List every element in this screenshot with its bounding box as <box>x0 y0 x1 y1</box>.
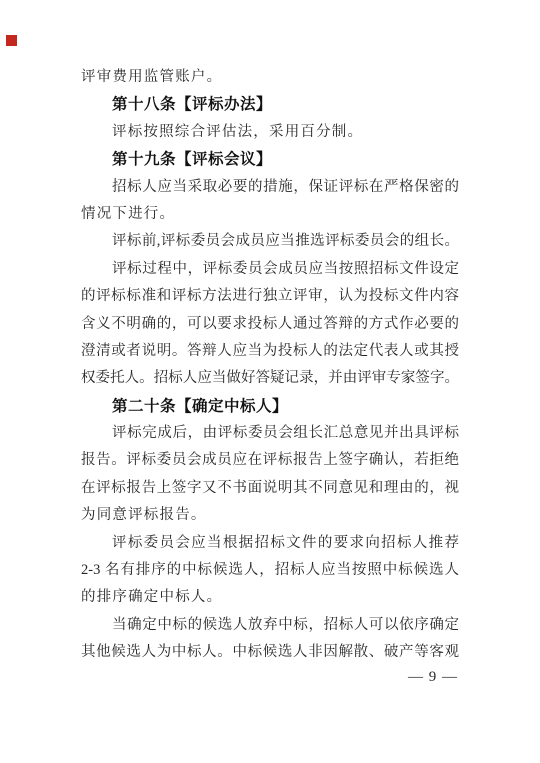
text-line: 情况下进行。 <box>81 201 459 228</box>
section-heading: 第十九条【评标会议】 <box>81 146 459 173</box>
text-line: 评审费用监管账户。 <box>81 64 459 91</box>
text-line: 在评标报告上签字又不书面说明其不同意见和理由的，视 <box>81 475 459 502</box>
section-heading: 第十八条【评标办法】 <box>81 91 459 118</box>
text-line: 澄清或者说明。答辩人应当为投标人的法定代表人或其授 <box>81 338 459 365</box>
document-text-block: 评审费用监管账户。 第十八条【评标办法】 评标按照综合评估法，采用百分制。 第十… <box>81 64 459 667</box>
text-line: 权委托人。招标人应当做好答疑记录，并由评审专家签字。 <box>81 365 459 392</box>
page-number: — 9 — <box>408 668 458 686</box>
text-line: 的排序确定中标人。 <box>81 584 459 611</box>
text-line: 招标人应当采取必要的措施，保证评标在严格保密的 <box>81 174 459 201</box>
red-corner-mark <box>6 35 17 46</box>
text-line: 当确定中标的候选人放弃中标，招标人可以依序确定 <box>81 612 459 639</box>
text-line: 评标委员会应当根据招标文件的要求向招标人推荐 <box>81 530 459 557</box>
text-line: 评标过程中，评标委员会成员应当按照招标文件设定 <box>81 256 459 283</box>
text-line: 评标前,评标委员会成员应当推选评标委员会的组长。 <box>81 228 459 255</box>
section-heading: 第二十条【确定中标人】 <box>81 393 459 420</box>
text-line: 评标完成后，由评标委员会组长汇总意见并出具评标 <box>81 420 459 447</box>
text-line: 的评标标准和评标方法进行独立评审，认为投标文件内容 <box>81 283 459 310</box>
text-line: 为同意评标报告。 <box>81 502 459 529</box>
text-line: 报告。评标委员会成员应在评标报告上签字确认，若拒绝 <box>81 447 459 474</box>
text-line: 其他候选人为中标人。中标候选人非因解散、破产等客观 <box>81 639 459 666</box>
text-line: 评标按照综合评估法，采用百分制。 <box>81 119 459 146</box>
text-line: 含义不明确的，可以要求投标人通过答辩的方式作必要的 <box>81 311 459 338</box>
text-line: 2-3 名有排序的中标候选人，招标人应当按照中标候选人 <box>81 557 459 584</box>
document-page: 评审费用监管账户。 第十八条【评标办法】 评标按照综合评估法，采用百分制。 第十… <box>0 0 540 763</box>
